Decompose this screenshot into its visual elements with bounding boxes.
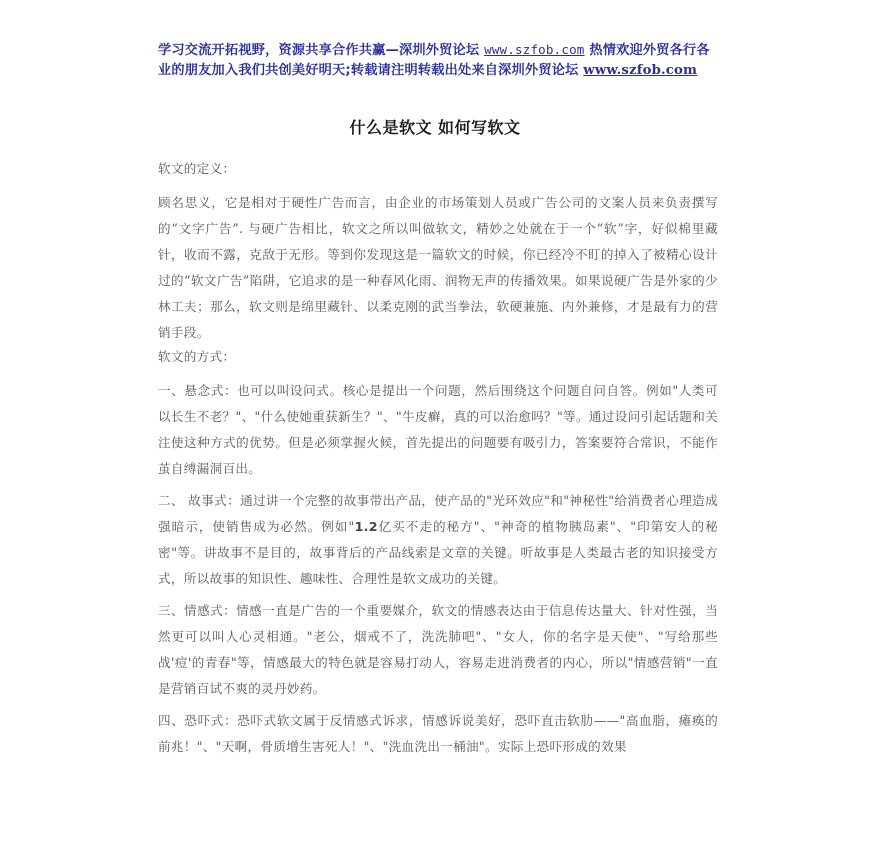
definition-paragraph: 顾名思义，它是相对于硬性广告而言，由企业的市场策划人员或广告公司的文案人员来负责… (158, 190, 718, 346)
document-page: 学习交流开拓视野，资源共享合作共赢—深圳外贸论坛 www.szfob.com 热… (0, 0, 870, 842)
forum-link-2[interactable]: www.szfob.com (583, 63, 697, 78)
forum-link-1[interactable]: www.szfob.com (484, 42, 584, 57)
method-suspense-paragraph: 一、悬念式：也可以叫设问式。核心是提出一个问题，然后围绕这个问题自问自答。例如"… (158, 378, 718, 482)
methods-heading: 软文的方式： (158, 346, 235, 365)
method-story-number: 1.2 (355, 519, 378, 534)
definition-heading: 软文的定义： (158, 158, 235, 177)
document-title: 什么是软文 如何写软文 (0, 115, 870, 138)
method-emotion-paragraph: 三、情感式：情感一直是广告的一个重要媒介，软文的情感表达由于信息传达量大、针对性… (158, 598, 718, 702)
method-fear-paragraph: 四、恐吓式：恐吓式软文属于反情感式诉求，情感诉说美好，恐吓直击软肋——"高血脂，… (158, 708, 718, 760)
method-story-paragraph: 二、 故事式：通过讲一个完整的故事带出产品，使产品的"光环效应"和"神秘性"给消… (158, 488, 718, 592)
header-text-1: 学习交流开拓视野，资源共享合作共赢—深圳外贸论坛 (158, 43, 484, 58)
forum-header-banner: 学习交流开拓视野，资源共享合作共赢—深圳外贸论坛 www.szfob.com 热… (158, 40, 718, 81)
